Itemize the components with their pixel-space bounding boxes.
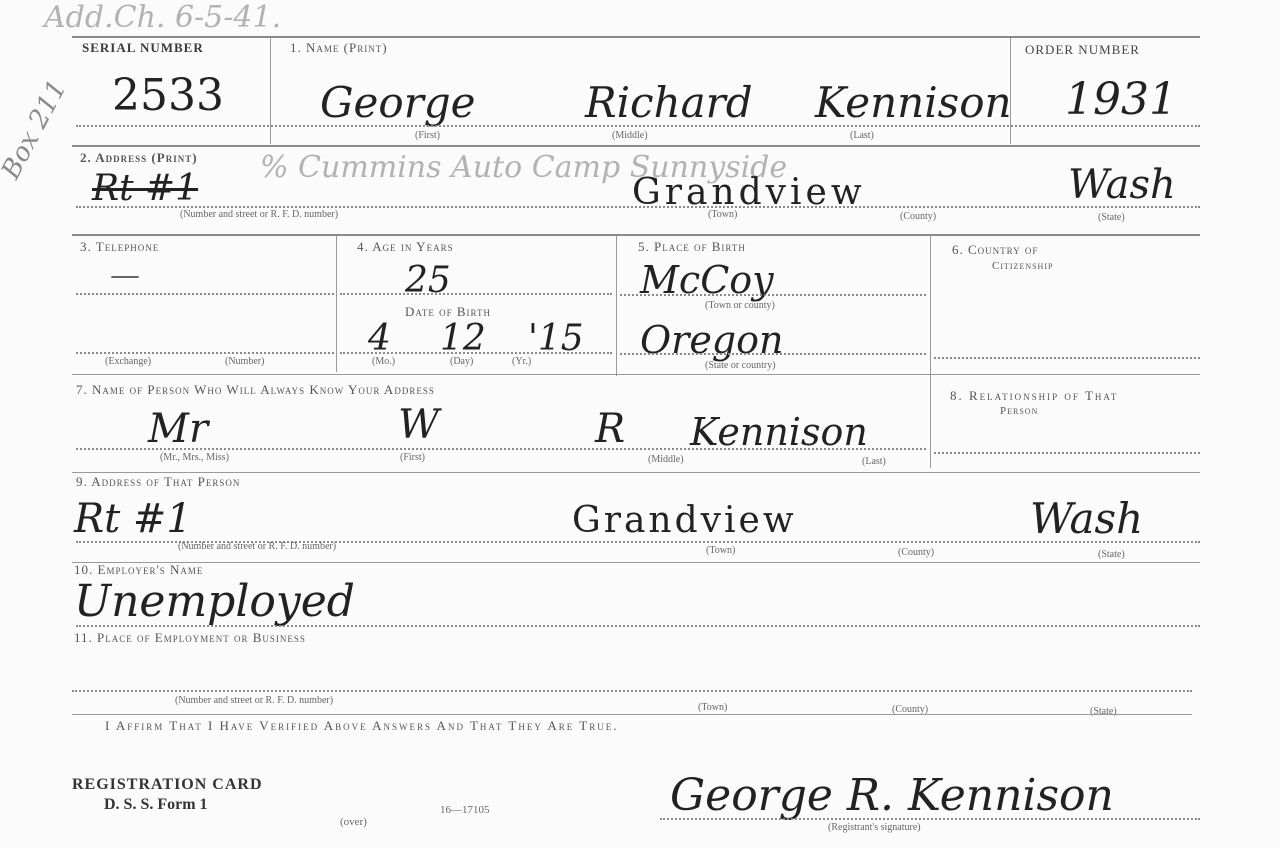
street-caption: (Number and street or R. F. D. number) xyxy=(180,209,338,220)
dotted-line xyxy=(934,452,1200,454)
dotted-line xyxy=(620,353,926,355)
affirmation-text: I Affirm That I Have Verified Above Answ… xyxy=(105,718,618,734)
rule xyxy=(72,374,1200,375)
name-last-value: Kennison xyxy=(815,78,1012,127)
rule xyxy=(72,145,1200,147)
over-label: (over) xyxy=(340,816,367,828)
town-caption: (Town) xyxy=(708,209,737,220)
state-caption: (State) xyxy=(1098,212,1125,223)
dotted-line xyxy=(934,357,1200,359)
divider xyxy=(336,236,337,372)
first-caption: (First) xyxy=(415,130,440,141)
citizenship-label-2: Citizenship xyxy=(992,260,1053,272)
day-caption: (Day) xyxy=(450,356,473,367)
year-caption: (Yr.) xyxy=(512,356,531,367)
side-pencil-note: Box 211 xyxy=(0,75,73,184)
contact-title-value: Mr xyxy=(148,406,208,452)
signature-caption: (Registrant's signature) xyxy=(828,822,921,833)
registration-card: Add.Ch. 6-5-41. Box 211 SERIAL NUMBER 25… xyxy=(0,0,1280,848)
divider xyxy=(616,236,617,376)
state-caption: (State) xyxy=(1098,549,1125,560)
top-rule xyxy=(72,36,1200,38)
dotted-line xyxy=(72,690,1192,692)
employer-value: Unemployed xyxy=(74,576,355,627)
name-label: 1. Name (Print) xyxy=(290,40,388,56)
print-code: 16—17105 xyxy=(440,804,490,816)
middle-caption: (Middle) xyxy=(612,130,648,141)
order-number-label: ORDER NUMBER xyxy=(1025,42,1140,58)
exchange-caption: (Exchange) xyxy=(105,356,151,367)
serial-number-label: SERIAL NUMBER xyxy=(82,40,204,56)
contact-middle-value: R xyxy=(595,406,625,452)
contact-street-value: Rt #1 xyxy=(74,496,192,542)
address-label: 2. Address (Print) xyxy=(80,150,198,166)
town-caption: (Town) xyxy=(706,545,735,556)
first-caption: (First) xyxy=(400,452,425,463)
card-title: REGISTRATION CARD xyxy=(72,776,263,794)
rule xyxy=(72,472,1200,473)
birthplace-label: 5. Place of Birth xyxy=(638,239,746,255)
last-caption: (Last) xyxy=(850,130,874,141)
rule xyxy=(72,714,1192,715)
contact-label: 7. Name of Person Who Will Always Know Y… xyxy=(76,382,435,398)
signature-line xyxy=(660,818,1200,820)
birthplace-state-value: Oregon xyxy=(640,318,783,362)
dotted-line xyxy=(76,293,334,295)
name-first-value: George xyxy=(320,78,476,127)
street-caption: (Number and street or R. F. D. number) xyxy=(178,541,336,552)
contact-town-value: Grandview xyxy=(572,500,797,541)
address-street-struck: Rt #1 xyxy=(92,168,198,209)
top-pencil-note: Add.Ch. 6-5-41. xyxy=(44,0,281,35)
dotted-line xyxy=(76,352,334,354)
telephone-label: 3. Telephone xyxy=(80,239,159,255)
dotted-line xyxy=(76,206,1200,208)
last-caption: (Last) xyxy=(862,456,886,467)
month-caption: (Mo.) xyxy=(372,356,395,367)
state-country-caption: (State or country) xyxy=(705,360,776,371)
county-caption: (County) xyxy=(898,547,934,558)
divider xyxy=(1010,38,1011,144)
name-middle-value: Richard xyxy=(585,78,753,127)
dotted-line xyxy=(620,294,926,296)
dotted-line xyxy=(76,625,1200,627)
title-caption: (Mr., Mrs., Miss) xyxy=(160,452,229,463)
telephone-value: — xyxy=(110,258,140,293)
form-name: D. S. S. Form 1 xyxy=(104,796,208,814)
dotted-line xyxy=(340,352,612,354)
rule xyxy=(72,234,1200,236)
middle-caption: (Middle) xyxy=(648,454,684,465)
number-caption: (Number) xyxy=(225,356,264,367)
relationship-label-2: Person xyxy=(1000,405,1038,417)
contact-address-label: 9. Address of That Person xyxy=(76,474,240,490)
address-state-value: Wash xyxy=(1068,162,1176,208)
serial-number-value: 2533 xyxy=(112,70,224,121)
registrant-signature: George R. Kennison xyxy=(670,770,1114,821)
county-caption: (County) xyxy=(900,211,936,222)
street-caption: (Number and street or R. F. D. number) xyxy=(175,695,333,706)
divider xyxy=(270,38,271,144)
contact-state-value: Wash xyxy=(1030,494,1143,543)
dotted-line xyxy=(76,125,1200,127)
age-label: 4. Age in Years xyxy=(357,239,454,255)
rule xyxy=(72,562,1200,563)
state-caption: (State) xyxy=(1090,706,1117,717)
contact-first-value: W xyxy=(398,402,439,448)
town-caption: (Town) xyxy=(698,702,727,713)
dotted-line xyxy=(340,293,612,295)
citizenship-label: 6. Country of xyxy=(952,242,1038,258)
relationship-label: 8. Relationship of That xyxy=(950,388,1118,404)
order-number-value: 1931 xyxy=(1065,74,1177,125)
town-county-caption: (Town or county) xyxy=(705,300,775,311)
divider xyxy=(930,236,931,468)
employment-place-label: 11. Place of Employment or Business xyxy=(74,630,306,646)
dotted-line xyxy=(76,448,926,450)
